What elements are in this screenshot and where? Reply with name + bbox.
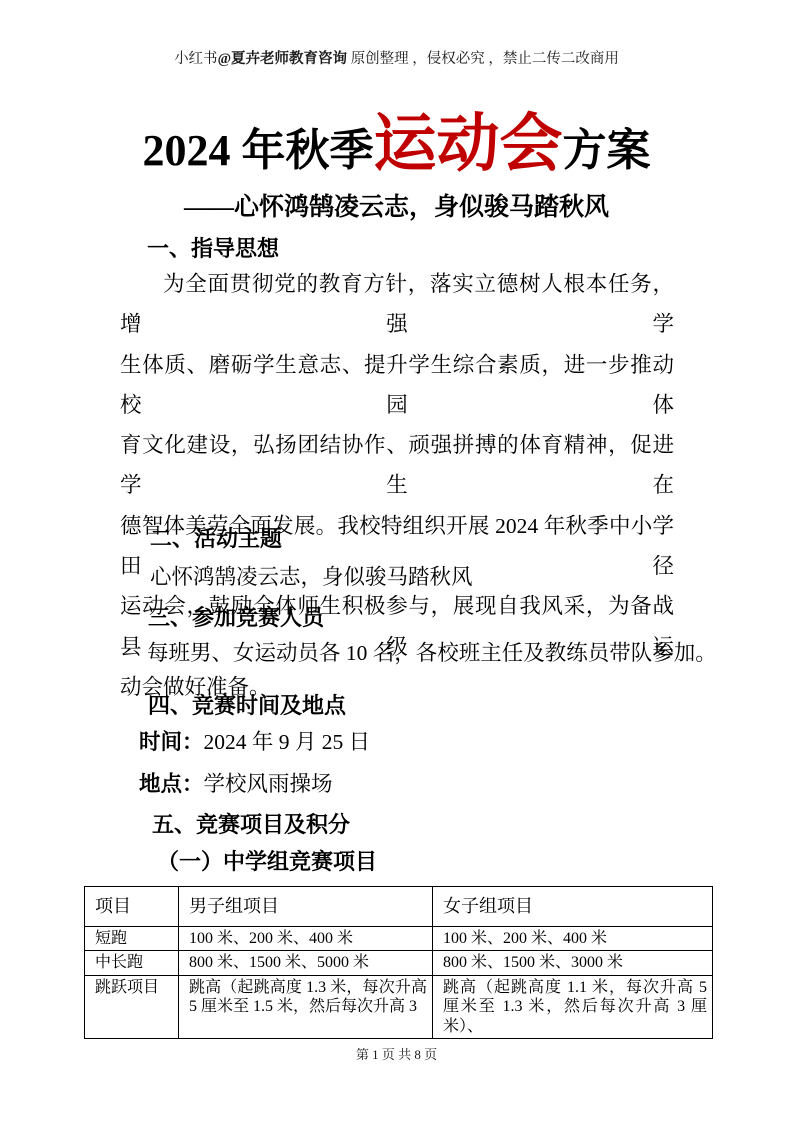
heading-activity-theme: 二、活动主题 xyxy=(150,528,282,550)
table-cell-boys: 800 米、1500 米、5000 米 xyxy=(179,951,433,976)
title-prefix: 2024 年秋季 xyxy=(143,126,374,175)
competition-time: 时间：2024 年 9 月 25 日 xyxy=(139,732,370,754)
participants-text: 每班男、女运动员各 10 名，各校班主任及教练员带队参加。 xyxy=(147,643,717,665)
document-page: 小红书@夏卉老师教育咨询 原创整理 ，侵权必究 ，禁止二传二改商用 2024 年… xyxy=(0,0,793,1122)
paragraph-line: 育文化建设，弘扬团结协作、顽强拼搏的体育精神，促进学生在 xyxy=(120,425,674,506)
place-label: 地点： xyxy=(139,772,204,796)
header-note-prefix: 小红书 xyxy=(174,51,218,67)
table-header-boys-events: 男子组项目 xyxy=(179,887,433,927)
middle-school-events-table: 项目 男子组项目 女子组项目 短跑 100 米、200 米、400 米 100 … xyxy=(84,886,713,1039)
heading-guiding-ideology: 一、指导思想 xyxy=(147,238,279,260)
place-value: 学校风雨操场 xyxy=(204,772,333,796)
header-note-notice: 原创整理 ，侵权必究 ，禁止二传二改商用 xyxy=(347,51,619,67)
table-cell-boys: 跳高（起跳高度 1.3 米，每次升高 5 厘米至 1.5 米，然后每次升高 3 xyxy=(179,975,433,1039)
table-cell-girls: 800 米、1500 米、3000 米 xyxy=(433,951,713,976)
competition-place: 地点：学校风雨操场 xyxy=(139,774,333,796)
table-cell-girls: 跳高（起跳高度 1.1 米，每次升高 5 厘米至 1.3 米，然后每次升高 3 … xyxy=(433,975,713,1039)
heading-time-and-place: 四、竞赛时间及地点 xyxy=(148,695,346,717)
paragraph-line: 生体质、磨砺学生意志、提升学生综合素质，进一步推动校园体 xyxy=(120,345,674,426)
table-cell-boys: 100 米、200 米、400 米 xyxy=(179,926,433,951)
document-title: 2024 年秋季运动会方案 xyxy=(0,93,793,184)
header-note-account: @夏卉老师教育咨询 xyxy=(218,51,348,67)
header-note: 小红书@夏卉老师教育咨询 原创整理 ，侵权必究 ，禁止二传二改商用 xyxy=(0,51,793,68)
table-cell-girls: 100 米、200 米、400 米 xyxy=(433,926,713,951)
activity-theme-text: 心怀鸿鹄凌云志，身似骏马踏秋风 xyxy=(150,567,473,589)
time-value: 2024 年 9 月 25 日 xyxy=(204,730,371,754)
title-suffix: 方案 xyxy=(563,126,651,175)
table-row-sprint: 短跑 100 米、200 米、400 米 100 米、200 米、400 米 xyxy=(85,926,713,951)
heading-participants: 三、参加竞赛人员 xyxy=(148,607,324,629)
document-subtitle: ——心怀鸿鹄凌云志，身似骏马踏秋风 xyxy=(0,187,793,223)
time-label: 时间： xyxy=(139,730,204,754)
heading-events-and-points: 五、竞赛项目及积分 xyxy=(152,814,350,836)
page-number: 第 1 页 共 8 页 xyxy=(0,1044,793,1063)
table-cell-category: 中长跑 xyxy=(85,951,179,976)
table-header-row: 项目 男子组项目 女子组项目 xyxy=(85,887,713,927)
paragraph-line: 为全面贯彻党的教育方针，落实立德树人根本任务，增强学 xyxy=(120,264,674,345)
table-row-jumping: 跳跃项目 跳高（起跳高度 1.3 米，每次升高 5 厘米至 1.5 米，然后每次… xyxy=(85,975,713,1039)
table-cell-category: 跳跃项目 xyxy=(85,975,179,1039)
table-row-middle-long-distance: 中长跑 800 米、1500 米、5000 米 800 米、1500 米、300… xyxy=(85,951,713,976)
table-cell-category: 短跑 xyxy=(85,926,179,951)
subheading-middle-school-events: （一）中学组竞赛项目 xyxy=(157,851,377,873)
title-highlight: 运动会 xyxy=(374,109,563,179)
table-header-item: 项目 xyxy=(85,887,179,927)
table-header-girls-events: 女子组项目 xyxy=(433,887,713,927)
